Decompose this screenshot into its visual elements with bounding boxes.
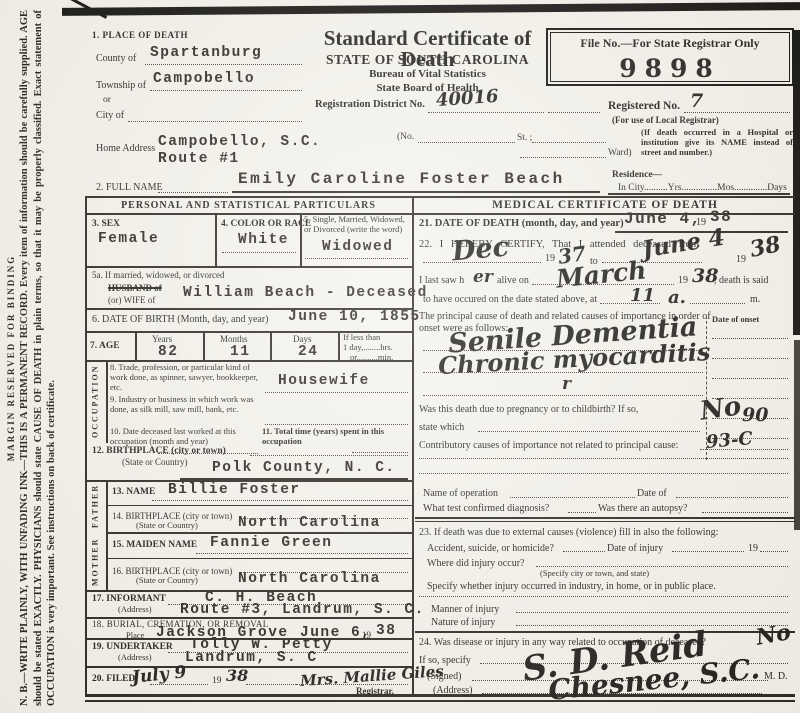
months-value: 11 [230,345,250,360]
pregnancy-line1: Was this death due to pregnancy or to ch… [419,404,638,416]
age-divider-1 [135,331,137,360]
informant-addr-value: Route #3, Landrum, S. C. [180,603,425,618]
sex-value: Female [98,232,159,247]
manner-label: Manner of injury [431,604,499,616]
form-left-border [85,196,87,695]
filed-year: 38 [226,668,248,684]
township-value: Campobello [153,72,255,87]
county-dotline [145,64,302,65]
residence-label: Residence— [612,170,662,181]
place-of-death-label: 1. PLACE OF DEATH [92,30,188,40]
full-name-dots [158,192,228,193]
bureau-line: Bureau of Vital Statistics [310,68,545,81]
father-bp-sub: (State or Country) [136,521,198,531]
undertaker-addr-label: (Address) [118,653,152,663]
pregnancy-no-hand: No [698,393,742,424]
file-number-box: File No.—For State Registrar Only 9898 [546,28,794,86]
age-label: 7. AGE [90,341,120,352]
scan-top-edge [62,2,800,16]
registrar-dotline [296,684,408,685]
reg-district-value: 40016 [435,88,499,110]
months-label: Months [220,334,248,344]
occupation-side-label: OCCUPATION [86,360,104,443]
lastsaw-pre: 19 [678,275,688,287]
autopsy-dotline [702,512,788,513]
or-label: or [103,95,111,106]
marital-dotline [305,258,408,259]
occ8-dotline [265,392,408,393]
occured-label: to have occured on the date stated above… [423,294,597,306]
age-divider-3 [270,331,272,360]
if-so-specify-label: If so, specify [419,655,471,667]
township-dotline [150,90,302,91]
column-divider [412,196,414,695]
occ11-label: 11. Total time (years) spent in this occ… [262,427,410,447]
age-divider-4 [338,331,340,360]
occupation-side-divider [106,360,108,443]
marital-label: 5. Single, Married, Widowed, or Divorced… [304,215,409,235]
violence-line2: Accident, suicide, or homicide? [427,543,554,555]
spouse-value: William Beach - Deceased [183,286,428,301]
residence-underline [608,193,790,195]
county-value: Spartanburg [150,46,262,61]
rule-15-16 [106,558,412,559]
dod-year: 38 [710,209,732,225]
st-label: St. ; [517,133,532,144]
pregnancy-dotline [478,431,700,432]
informant-addr-label: (Address) [118,605,152,615]
father-bp-value: North Carolina [238,516,381,531]
wife-of-label: (or) WIFE of [108,295,155,305]
father-name-label: 13. NAME [112,487,155,498]
ward-label: Ward) [608,148,632,159]
operation-dotline [510,497,635,498]
file-number-stamp: 9898 [551,54,789,83]
father-name-value: Billie Foster [168,483,301,498]
test-label: What test confirmed diagnosis? [423,503,549,515]
years-value: 82 [158,345,178,360]
specify-whether-label: Specify whether injury occurred in indus… [427,581,716,593]
county-label: County of [96,53,136,65]
township-label: Township of [96,80,146,92]
test-dotline [568,512,596,513]
home-address-label: Home Address [96,143,155,155]
full-name-value: Emily Caroline Foster Beach [238,171,565,187]
rule-before-24 [415,631,795,633]
injury-date-label: Date of injury [607,543,663,555]
days-value: 24 [298,345,318,360]
manner-dotline [516,612,788,613]
dob-label: 6. DATE OF BIRTH (Month, day, and year) [92,314,269,326]
occ8-value: Housewife [278,374,370,389]
onset-dot-1 [712,338,788,339]
violence-line1: 23. If death was due to external causes … [419,527,718,539]
ampm-hand: a. [668,289,686,307]
board-line: State Board of Health [310,82,545,95]
birthplace-dotline [250,455,408,456]
cause-dotline-2 [423,372,703,373]
contributory-label: Contributory causes of importance not re… [419,440,678,452]
scan-right-edge-lower [794,340,800,530]
certify-from-pre: 19 [545,253,555,265]
registered-sub-label: (For use of Local Registrar) [612,115,719,125]
mother-name-dotline [196,553,408,554]
m-label: m. [750,294,760,306]
binding-margin-title: MARGIN RESERVED FOR BINDING [6,10,16,706]
specify-city-label: (Specify city or town, and state) [540,569,649,579]
nature-label: Nature of injury [431,617,495,629]
father-name-dotline [152,500,408,501]
days-label: Days [293,334,312,344]
md-label: M. D. [764,671,788,683]
dod-label: 21. DATE OF DEATH (month, day, and year) [419,218,624,230]
sex-race-divider [215,213,217,266]
personal-band-title: PERSONAL AND STATISTICAL PARTICULARS [85,200,412,212]
ward-dotline [520,157,606,158]
spouse-label: 5a. If married, widowed, or divorced [92,270,224,280]
registered-no-label: Registered No. [608,100,680,113]
lastsaw-label: I last saw h [419,275,464,287]
rule-before-23a [415,517,795,519]
st-dotline [532,142,606,143]
occ8-label: 8. Trade, profession, or particular kind… [110,363,265,392]
autopsy-label: Was there an autopsy? [598,503,687,515]
rule-before-23b [415,521,795,522]
signed-label: (Signed) [427,671,461,683]
marital-value: Widowed [322,240,393,255]
husband-of-label: HUSBAND of [108,283,162,293]
binding-margin-note: N. B.—WRITE PLAINLY, WITH UNFADING INK—T… [18,10,59,706]
occ10-label: 10. Date deceased last worked at this oc… [110,427,252,447]
rule-father-mother [106,532,412,534]
age-divider-2 [203,331,205,360]
full-name-label: 2. FULL NAME [96,182,163,194]
death-certificate-scan: MARGIN RESERVED FOR BINDING N. B.—WRITE … [0,0,800,713]
contributory-dotline-2 [419,458,788,459]
contributory-dotline [700,449,788,450]
operation-label: Name of operation [423,488,498,500]
physician-addr-label: (Address) [433,685,472,697]
occ9-dotline [265,424,408,425]
mother-name-label: 15. MAIDEN NAME [112,540,197,551]
pregnancy-90-hand: 90 [742,406,768,425]
injury-date-dotline [672,551,744,552]
years-label: Years [152,334,172,344]
rule-after-5 [85,266,412,268]
dob-value: June 10, 1855 [288,310,421,325]
race-dotline [222,252,296,253]
hour-hand: 11 [630,287,655,305]
no-label: (No. [397,132,414,143]
ampm-dotline [690,303,745,304]
parents-side-divider [106,480,108,590]
certify-to-pre: 19 [736,254,746,266]
mother-side-label: MOTHER [86,534,104,590]
pregnancy-line2: state which [419,422,464,434]
race-label: 4. COLOR OR RACE [221,219,311,230]
home-address-value2: Route #1 [158,152,240,167]
certify-from-dotline [423,262,541,263]
mother-name-value: Fannie Green [210,536,332,551]
cause-dotline-3 [423,395,703,396]
birthplace-label: 12. BIRTHPLACE (city or town) [92,446,226,457]
birthplace-sub: (State or Country) [122,457,188,467]
reg-district-label: Registration District No. [315,99,425,111]
where-injury-label: Where did injury occur? [427,558,524,570]
onset-dot-2 [712,358,788,359]
onset-label: Date of onset [712,315,759,325]
where-injury-dotline [536,566,788,567]
registered-no-value: 7 [690,92,703,111]
filed-dotline-1 [150,684,208,685]
file-box-label: File No.—For State Registrar Only [551,36,789,51]
undertaker-addr-value: Landrum, S. C [185,651,318,666]
mother-bp-sub: (State or Country) [136,576,198,586]
medical-band-title: MEDICAL CERTIFICATE OF DEATH [415,199,795,212]
dod-value: June 4, [624,211,702,227]
birthplace-value: Polk County, N. C. [212,461,396,476]
file-number-box-inner: File No.—For State Registrar Only 9898 [550,32,790,82]
occ11-dotline [352,452,408,453]
city-label: City of [96,110,124,122]
home-address-value: Campobello, S.C. [158,135,321,150]
registered-left-dots [548,112,600,113]
scan-right-edge [793,30,800,335]
occupation-related-hand: No [754,621,792,649]
burial-year: 38 [376,624,396,639]
filed-label: 20. FILED [92,674,135,685]
injury-19-label: 19 [748,543,758,555]
band-top-rule [85,196,795,198]
specify-dotline [419,596,788,597]
blank-dotline [419,473,788,474]
full-name-underline [232,191,600,193]
lastsaw-her-hand: er [473,269,493,286]
father-side-label: FATHER [86,480,104,532]
onset-dot-3 [712,378,788,379]
operation-date-dotline [676,497,788,498]
certify-from-hand: Dec [451,234,510,266]
injury-19-dotline [760,551,788,552]
filed-pre: 19 [212,676,222,687]
alive-on-label: alive on [497,275,529,287]
occ9-label: 9. Industry or business in which work wa… [110,395,265,415]
reg-district-dotline [428,112,544,113]
filed-dotline-2 [246,684,296,685]
rule-13-14 [106,505,412,506]
violence-dotline-1 [563,551,605,552]
race-value: White [238,233,289,248]
city-dotline [128,121,302,122]
bottom-rule-2 [85,700,795,702]
death-said-label: , death is said [714,275,768,287]
hospital-note: (If death occurred in a Hospital or inst… [641,128,793,157]
binding-margin: MARGIN RESERVED FOR BINDING N. B.—WRITE … [6,10,59,706]
sex-label: 3. SEX [92,219,120,230]
no-dotline [418,142,515,143]
nature-dotline [516,625,788,626]
registered-dotline [684,112,790,113]
mother-bp-value: North Carolina [238,572,381,587]
operation-dateof-label: Date of [637,488,667,500]
certify-to-year: 38 [748,233,783,261]
stray-pen-mark: r [562,376,571,393]
state-line: STATE OF SOUTH CAROLINA [310,52,545,68]
